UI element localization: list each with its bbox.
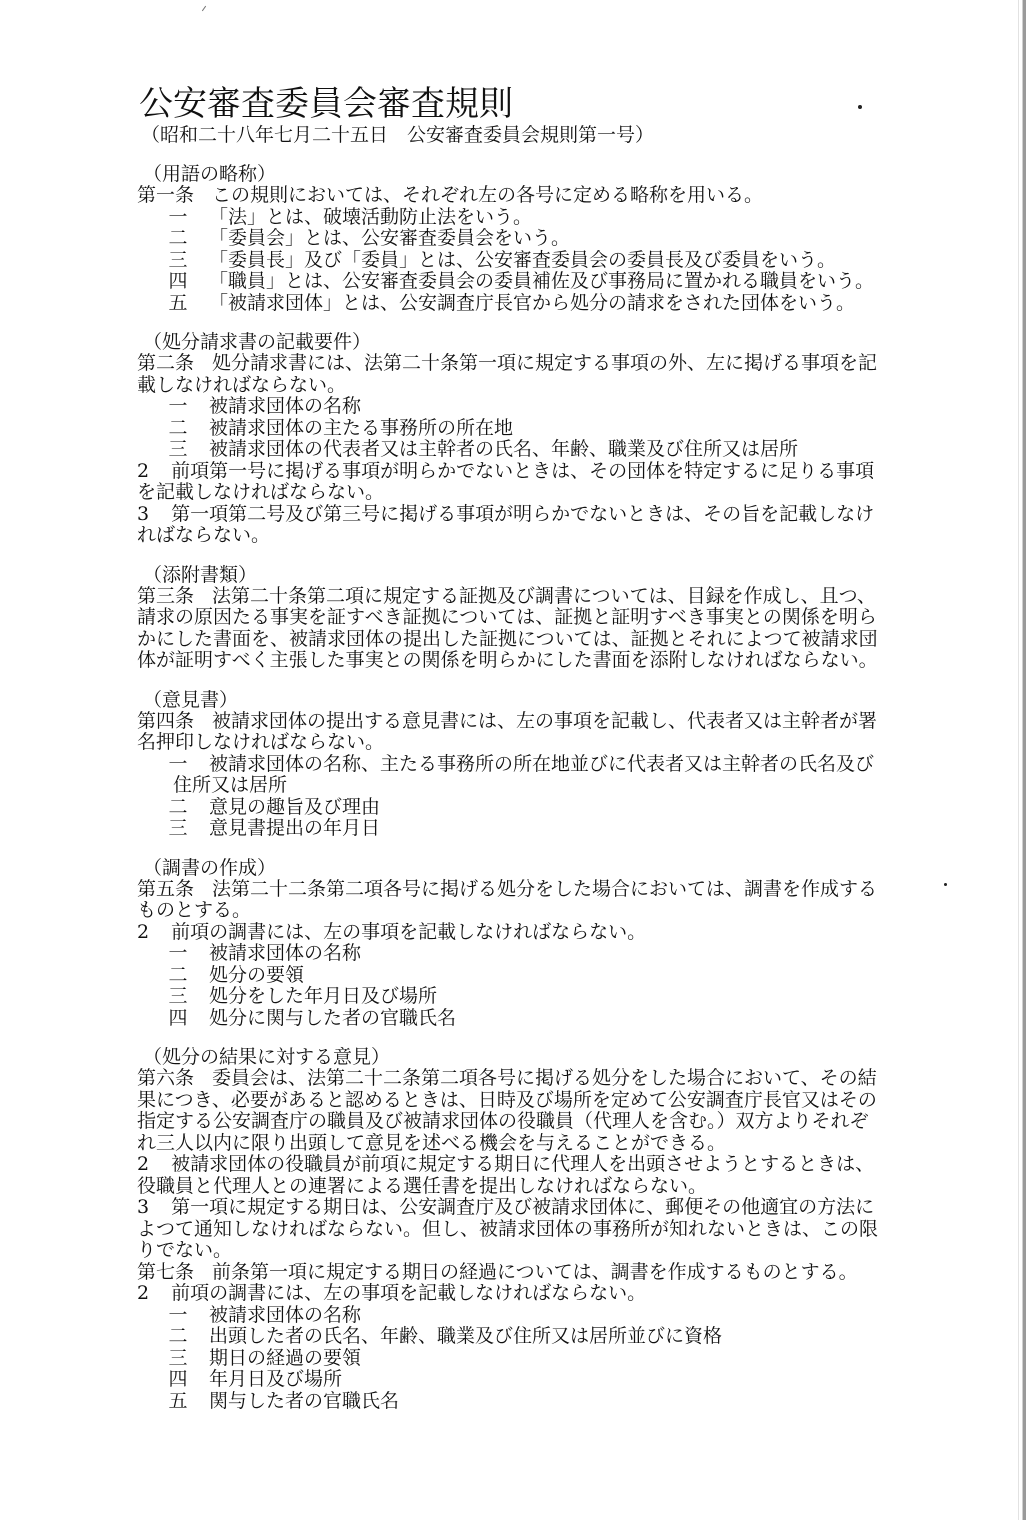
scan-page-edge (1022, 0, 1026, 1520)
article-number: 第五条 (137, 879, 194, 901)
item-number: 一 (161, 754, 195, 776)
item-line: 一被請求団体の名称、主たる事務所の所在地並びに代表者又は主幹者の氏名及び (137, 754, 937, 776)
item-number: 二 (161, 228, 195, 250)
continuation-line: 指定する公安調査庁の職員及び被請求団体の役職員（代理人を含む。）双方よりそれぞ (137, 1111, 937, 1133)
article-number: 第二条 (137, 353, 194, 375)
section: （用語の略称）第一条この規則においては、それぞれ左の各号に定める略称を用いる。一… (137, 164, 937, 314)
line-text: 被請求団体の提出する意見書には、左の事項を記載し、代表者又は主幹者が署 (212, 710, 877, 732)
line-text: 意見の趣旨及び理由 (209, 796, 380, 818)
item-number: 二 (161, 965, 195, 987)
line-text: この規則においては、それぞれ左の各号に定める略称を用いる。 (212, 184, 763, 206)
item-number: 四 (161, 1369, 195, 1391)
line-text: 処分の要領 (209, 964, 304, 986)
line-text: 処分請求書には、法第二十条第一項に規定する事項の外、左に掲げる事項を記 (212, 352, 877, 374)
article-number: 第六条 (137, 1068, 194, 1090)
item-number: 二 (161, 1326, 195, 1348)
item-line: 一「法」とは、破壊活動防止法をいう。 (137, 207, 937, 229)
item-line: 四年月日及び場所 (137, 1369, 937, 1391)
line-text: 被請求団体の名称、主たる事務所の所在地並びに代表者又は主幹者の氏名及び (209, 753, 874, 775)
section-heading: （意見書） (143, 690, 937, 711)
line-text: 被請求団体の名称 (209, 395, 361, 417)
line-text: 処分に関与した者の官職氏名 (209, 1007, 456, 1029)
item-number: 五 (161, 1391, 195, 1413)
item-number: 一 (161, 207, 195, 229)
article-line: 第七条前条第一項に規定する期日の経過については、調書を作成するものとする。 (137, 1262, 937, 1284)
line-text: 被請求団体の代表者又は主幹者の氏名、年齢、職業及び住所又は居所 (209, 438, 798, 460)
line-text: 「被請求団体」とは、公安調査庁長官から処分の請求をされた団体をいう。 (209, 292, 855, 314)
section-heading: （添附書類） (143, 565, 937, 586)
item-number: 三 (161, 1348, 195, 1370)
item-continuation: 住所又は居所 (137, 775, 937, 797)
item-line: 二処分の要領 (137, 965, 937, 987)
line-text: 委員会は、法第二十二条第二項各号に掲げる処分をした場合において、その結 (212, 1067, 877, 1089)
item-line: 三処分をした年月日及び場所 (137, 986, 937, 1008)
article-line: 第三条法第二十条第二項に規定する証拠及び調書については、目録を作成し、且つ、 (137, 586, 937, 608)
sections-container: （用語の略称）第一条この規則においては、それぞれ左の各号に定める略称を用いる。一… (137, 164, 937, 1412)
section: （意見書）第四条被請求団体の提出する意見書には、左の事項を記載し、代表者又は主幹… (137, 690, 937, 840)
continuation-line: 載しなければならない。 (137, 375, 937, 397)
article-number: 第一条 (137, 185, 194, 207)
continuation-line: 役職員と代理人との連署による選任書を提出しなければならない。 (137, 1176, 937, 1198)
line-text: 被請求団体の主たる事務所の所在地 (209, 417, 513, 439)
scan-mark (202, 6, 206, 11)
continuation-line: よつて通知しなければならない。但し、被請求団体の事務所が知れないときは、この限 (137, 1219, 937, 1241)
article-line: 第六条委員会は、法第二十二条第二項各号に掲げる処分をした場合において、その結 (137, 1068, 937, 1090)
line-text: 前項第一号に掲げる事項が明らかでないときは、その団体を特定するに足りる事項 (171, 460, 874, 482)
section: （調書の作成）第五条法第二十二条第二項各号に掲げる処分をした場合においては、調書… (137, 858, 937, 1030)
item-line: 三被請求団体の代表者又は主幹者の氏名、年齢、職業及び住所又は居所 (137, 439, 937, 461)
line-text: 第一項に規定する期日は、公安調査庁及び被請求団体に、郵便その他適宜の方法に (171, 1196, 874, 1218)
line-text: 前項の調書には、左の事項を記載しなければならない。 (171, 1282, 646, 1304)
continuation-line: を記載しなければならない。 (137, 482, 937, 504)
paragraph-line: 3第一項に規定する期日は、公安調査庁及び被請求団体に、郵便その他適宜の方法に (137, 1197, 937, 1219)
section-heading: （処分の結果に対する意見） (143, 1047, 937, 1068)
paragraph-number: 3 (137, 1197, 149, 1219)
item-line: 二「委員会」とは、公安審査委員会をいう。 (137, 228, 937, 250)
line-text: 関与した者の官職氏名 (209, 1390, 399, 1412)
item-number: 一 (161, 396, 195, 418)
item-line: 五「被請求団体」とは、公安調査庁長官から処分の請求をされた団体をいう。 (137, 293, 937, 315)
paragraph-number: 2 (137, 461, 149, 483)
paragraph-line: 2前項第一号に掲げる事項が明らかでないときは、その団体を特定するに足りる事項 (137, 461, 937, 483)
continuation-line: かにした書面を、被請求団体の提出した証拠については、証拠とそれによつて被請求団 (137, 629, 937, 651)
article-line: 第二条処分請求書には、法第二十条第一項に規定する事項の外、左に掲げる事項を記 (137, 353, 937, 375)
article-number: 第四条 (137, 711, 194, 733)
section-heading: （用語の略称） (143, 164, 937, 185)
item-number: 五 (161, 293, 195, 315)
item-line: 二被請求団体の主たる事務所の所在地 (137, 418, 937, 440)
line-text: 法第二十二条第二項各号に掲げる処分をした場合においては、調書を作成する (212, 878, 877, 900)
line-text: 第一項第二号及び第三号に掲げる事項が明らかでないときは、その旨を記載しなけ (171, 503, 874, 525)
item-number: 四 (161, 271, 195, 293)
item-line: 一被請求団体の名称 (137, 396, 937, 418)
line-text: 法第二十条第二項に規定する証拠及び調書については、目録を作成し、且つ、 (212, 585, 876, 607)
item-line: 三意見書提出の年月日 (137, 818, 937, 840)
continuation-line: れ三人以内に限り出頭して意見を述べる機会を与えることができる。 (137, 1133, 937, 1155)
line-text: 被請求団体の役職員が前項に規定する期日に代理人を出頭させようとするときは、 (171, 1153, 874, 1175)
section-heading: （調書の作成） (143, 858, 937, 879)
article-line: 第一条この規則においては、それぞれ左の各号に定める略称を用いる。 (137, 185, 937, 207)
paragraph-number: 2 (137, 922, 149, 944)
section: （処分の結果に対する意見）第六条委員会は、法第二十二条第二項各号に掲げる処分をし… (137, 1047, 937, 1412)
continuation-line: 請求の原因たる事実を証すべき証拠については、証拠と証明すべき事実との関係を明ら (137, 607, 937, 629)
line-text: 「法」とは、破壊活動防止法をいう。 (209, 206, 532, 228)
section: （添附書類）第三条法第二十条第二項に規定する証拠及び調書については、目録を作成し… (137, 565, 937, 672)
item-number: 三 (161, 250, 195, 272)
section-heading: （処分請求書の記載要件） (143, 332, 937, 353)
paragraph-number: 2 (137, 1283, 149, 1305)
line-text: 処分をした年月日及び場所 (209, 985, 437, 1007)
continuation-line: 名押印しなければならない。 (137, 732, 937, 754)
item-line: 一被請求団体の名称 (137, 943, 937, 965)
continuation-line: 体が証明すべく主張した事実との関係を明らかにした書面を添附しなければならない。 (137, 650, 937, 672)
item-number: 二 (161, 797, 195, 819)
line-text: 「職員」とは、公安審査委員会の委員補佐及び事務局に置かれる職員をいう。 (209, 270, 874, 292)
item-number: 三 (161, 818, 195, 840)
paragraph-line: 2前項の調書には、左の事項を記載しなければならない。 (137, 1283, 937, 1305)
item-line: 三「委員長」及び「委員」とは、公安審査委員会の委員長及び委員をいう。 (137, 250, 937, 272)
document-subtitle: （昭和二十八年七月二十五日 公安審査委員会規則第一号） (141, 124, 937, 146)
line-text: 出頭した者の氏名、年齢、職業及び住所又は居所並びに資格 (209, 1325, 722, 1347)
article-number: 第七条 (137, 1262, 194, 1284)
document-title: 公安審査委員会審査規則 (139, 84, 937, 124)
line-text: 前条第一項に規定する期日の経過については、調書を作成するものとする。 (212, 1261, 858, 1283)
continuation-line: ればならない。 (137, 525, 937, 547)
continuation-line: 果につき、必要があると認めるときは、日時及び場所を定めて公安調査庁長官又はその (137, 1090, 937, 1112)
article-number: 第三条 (137, 586, 194, 608)
scan-dot (944, 883, 947, 886)
line-text: 前項の調書には、左の事項を記載しなければならない。 (171, 921, 646, 943)
continuation-line: りでない。 (137, 1240, 937, 1262)
item-line: 四処分に関与した者の官職氏名 (137, 1008, 937, 1030)
paragraph-number: 2 (137, 1154, 149, 1176)
item-number: 一 (161, 943, 195, 965)
line-text: 被請求団体の名称 (209, 942, 361, 964)
item-line: 一被請求団体の名称 (137, 1305, 937, 1327)
item-line: 四「職員」とは、公安審査委員会の委員補佐及び事務局に置かれる職員をいう。 (137, 271, 937, 293)
line-text: 被請求団体の名称 (209, 1304, 361, 1326)
line-text: 期日の経過の要領 (209, 1347, 361, 1369)
line-text: 「委員長」及び「委員」とは、公安審査委員会の委員長及び委員をいう。 (209, 249, 836, 271)
item-number: 三 (161, 439, 195, 461)
item-line: 五関与した者の官職氏名 (137, 1391, 937, 1413)
line-text: 意見書提出の年月日 (209, 817, 380, 839)
item-number: 四 (161, 1008, 195, 1030)
item-number: 二 (161, 418, 195, 440)
scan-page-edge-inner (1018, 0, 1019, 1520)
continuation-line: ものとする。 (137, 900, 937, 922)
item-line: 二出頭した者の氏名、年齢、職業及び住所又は居所並びに資格 (137, 1326, 937, 1348)
line-text: 年月日及び場所 (209, 1368, 342, 1390)
paragraph-line: 3第一項第二号及び第三号に掲げる事項が明らかでないときは、その旨を記載しなけ (137, 504, 937, 526)
article-line: 第四条被請求団体の提出する意見書には、左の事項を記載し、代表者又は主幹者が署 (137, 711, 937, 733)
document-body: 公安審査委員会審査規則 （昭和二十八年七月二十五日 公安審査委員会規則第一号） … (137, 84, 937, 1412)
item-line: 三期日の経過の要領 (137, 1348, 937, 1370)
paragraph-number: 3 (137, 504, 149, 526)
article-line: 第五条法第二十二条第二項各号に掲げる処分をした場合においては、調書を作成する (137, 879, 937, 901)
line-text: 「委員会」とは、公安審査委員会をいう。 (209, 227, 570, 249)
item-number: 一 (161, 1305, 195, 1327)
section: （処分請求書の記載要件）第二条処分請求書には、法第二十条第一項に規定する事項の外… (137, 332, 937, 547)
item-line: 二意見の趣旨及び理由 (137, 797, 937, 819)
paragraph-line: 2前項の調書には、左の事項を記載しなければならない。 (137, 922, 937, 944)
item-number: 三 (161, 986, 195, 1008)
paragraph-line: 2被請求団体の役職員が前項に規定する期日に代理人を出頭させようとするときは、 (137, 1154, 937, 1176)
